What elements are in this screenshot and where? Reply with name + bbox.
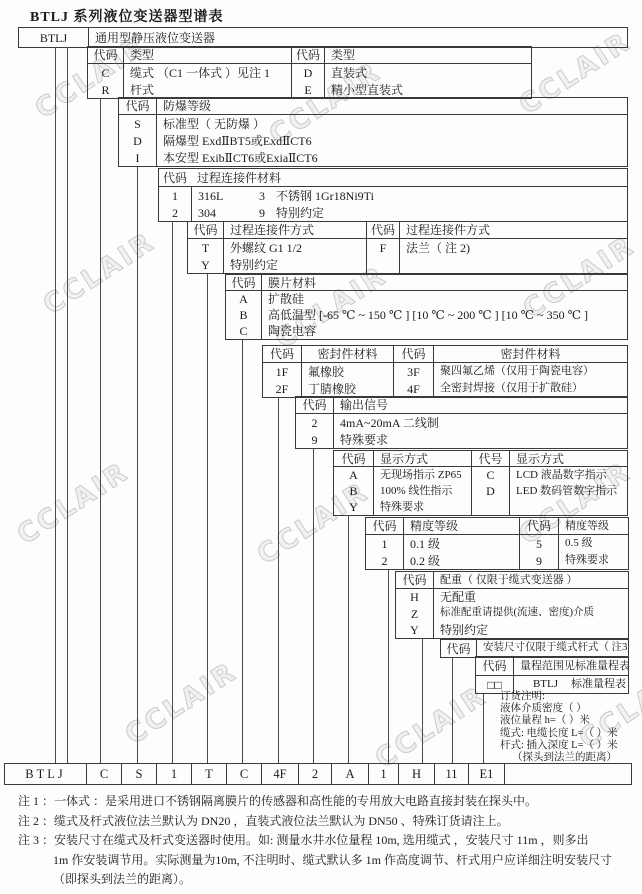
table-range: 代码量程范围见标准量程表□□BTLJ标准量程表 — [475, 656, 629, 694]
desc-cell: 配重（ 仅限于缆式变送器 ） — [433, 572, 628, 588]
code-cell: 2 — [366, 552, 403, 569]
table-row: Z标准配重请提供(流速、密度)介质 — [396, 605, 628, 622]
table-connection-type: 代码过程连接件方式代码过程连接件方式T外螺纹 G1 1/2F法兰（ 注 2)Y特… — [187, 221, 628, 274]
desc-cell: 0.5 级 — [558, 535, 628, 552]
code-cell: 代码 — [188, 222, 223, 238]
model-code-cell: 4F — [261, 764, 298, 784]
code-cell: Y — [334, 499, 373, 515]
code-cell: 代码 — [119, 98, 156, 114]
table-row: 23049特别约定 — [159, 204, 627, 221]
footnote-line: 注 3 ：安装尺寸在缆式及杆式变送器时使用。如: 测量水井水位量程 10m, 选… — [18, 831, 589, 848]
ordering-note-line: （探头到法兰的距离） — [512, 752, 618, 764]
desc-cell: 丁腈橡胶 — [301, 380, 393, 397]
model-code-cell: C — [226, 764, 261, 784]
desc-cell — [471, 499, 509, 515]
watermark-text: CCLAIR — [12, 456, 135, 551]
connector-line — [422, 638, 423, 763]
table-row: 10.1 级50.5 级 — [366, 535, 628, 552]
model-code-cell: T — [191, 764, 226, 784]
desc-cell: 类型 — [123, 47, 291, 63]
code-cell: A — [226, 291, 261, 307]
desc-cell: 外螺纹 G1 1/2 — [223, 239, 366, 256]
ordering-note-line: 液位量程 h=（ ）米 — [500, 715, 618, 727]
cell-text: 特别约定 — [276, 207, 324, 219]
series-code: BTLJ — [19, 28, 88, 47]
table-row: 代码安装尺寸仅限于缆式杆式（ 注3) — [441, 640, 628, 657]
code-cell: 9 — [296, 431, 333, 448]
ordering-note-line: 缆式: 电缆长度 L=（ ）米 — [500, 728, 618, 740]
desc-cell: 高低温型 [-65 ℃ ~ 150 ℃ ] [10 ℃ ~ 200 ℃ ] [1… — [261, 307, 627, 323]
table-row: 代码配重（ 仅限于缆式变送器 ） — [396, 572, 628, 589]
desc-cell: 膜片材料 — [261, 275, 627, 290]
table-display: 代码显示方式代号显示方式A无现场指示 ZP65CLCD 液晶数字指示B100% … — [333, 450, 628, 516]
desc-cell: 精度等级 — [403, 518, 519, 534]
connector-line — [483, 694, 484, 763]
desc-cell: 量程范围见标准量程表 — [513, 657, 628, 675]
table-row: 代码过程连接件材料 — [159, 169, 627, 187]
desc-cell: 陶瓷电容 — [261, 323, 627, 339]
desc-cell: 0.2 级 — [403, 552, 519, 569]
table-diaphragm: 代码膜片材料A扩散硅B高低温型 [-65 ℃ ~ 150 ℃ ] [10 ℃ ~… — [225, 274, 628, 340]
connector-line — [137, 166, 138, 763]
desc-cell: 4mA~20mA 二线制 — [333, 414, 627, 431]
table-row: 代码输出信号 — [296, 397, 627, 414]
model-code-row: BTLJCS1TC4F2A1H11E1 — [4, 763, 632, 785]
table-row: B高低温型 [-65 ℃ ~ 150 ℃ ] [10 ℃ ~ 200 ℃ ] [… — [226, 307, 627, 323]
code-cell: 代码 — [366, 518, 403, 534]
desc-cell: LED 数码管数字指示 — [509, 483, 627, 499]
desc-cell: LCD 液晶数字指示 — [509, 467, 627, 483]
code-cell: 代码 — [441, 640, 476, 657]
model-code-cell: H — [398, 764, 434, 784]
desc-cell: 全密封焊接（仅用于扩散硅） — [433, 380, 627, 397]
table-row: I本安型 ExibⅡCT6或ExiaⅡCT6 — [119, 149, 627, 166]
code-cell: 2F — [263, 380, 301, 397]
table-row: Y特别约定 — [188, 256, 627, 273]
code-cell: 代码 — [366, 222, 399, 238]
cell-text: 304 — [198, 207, 248, 219]
footnote-line: 注 1 ：一体式 ：是采用进口不锈钢隔离膜片的传感器和高性能的专用放大电路直接封… — [18, 792, 537, 809]
table-row: H无配重 — [396, 589, 628, 605]
desc-cell: 扩散硅 — [261, 291, 627, 307]
ordering-note-line: 液体介质密度（ ） — [500, 703, 618, 715]
desc-cell: 过程连接件材料 — [191, 169, 627, 186]
code-cell: B — [226, 307, 261, 323]
desc-cell: 特殊要求 — [333, 431, 627, 448]
table-row: D隔爆型 ExdⅡBT5或ExdⅡCT6 — [119, 132, 627, 149]
desc-cell: 无配重 — [433, 589, 628, 605]
code-cell: 2 — [159, 204, 191, 221]
document-canvas: BTLJ 系列液位变送器型谱表 CCLAIRCCLAIRCCLAIRCCLAIR… — [0, 0, 642, 894]
cell-text: 9 — [248, 207, 276, 219]
model-code-cell: 11 — [434, 764, 468, 784]
connector-line — [452, 657, 453, 763]
code-cell: 代号 — [471, 451, 509, 466]
model-code-cell: S — [121, 764, 156, 784]
table-row: 1316L3不锈钢 1Gr18Ni9Ti — [159, 187, 627, 204]
table-row: 代码防爆等级 — [119, 98, 627, 115]
desc-cell: 精度等级 — [558, 518, 628, 534]
code-cell: 代码 — [334, 451, 373, 466]
code-cell: D — [119, 132, 156, 149]
code-cell: F — [366, 239, 399, 256]
table-row: 代码精度等级代码精度等级 — [366, 518, 628, 535]
table-row: BTLJCS1TC4F2A1H11E1 — [5, 764, 631, 784]
desc-cell: 特别约定 — [223, 256, 366, 273]
table-row: 9特殊要求 — [296, 431, 627, 448]
code-cell: C — [471, 467, 509, 483]
page-title: BTLJ 系列液位变送器型谱表 — [30, 6, 224, 26]
table-row: 代码膜片材料 — [226, 275, 627, 291]
table-row: S标准型（ 无防爆 ） — [119, 115, 627, 132]
model-code-cell: 1 — [156, 764, 191, 784]
desc-cell — [399, 256, 627, 273]
table-row: R杆式E精小型直装式 — [88, 81, 531, 98]
code-cell: 3F — [393, 363, 433, 380]
model-code-cell: C — [86, 764, 121, 784]
table-row: Y特殊要求 — [334, 499, 627, 515]
table-row: Y特别约定 — [396, 622, 628, 638]
code-cell: 代码 — [291, 47, 324, 63]
code-cell: 代码 — [519, 518, 558, 534]
code-cell: C — [226, 323, 261, 339]
desc-cell: 过程连接件方式 — [223, 222, 366, 238]
desc-cell: 特殊要求 — [373, 499, 471, 515]
code-cell: C — [88, 64, 123, 81]
code-cell: I — [119, 149, 156, 166]
desc-cell: 0.1 级 — [403, 535, 519, 552]
cell-text: 标准量程表 — [571, 679, 626, 690]
desc-cell: 聚四氟乙烯（仅用于陶瓷电容） — [433, 363, 627, 380]
desc-cell: 特别约定 — [433, 622, 628, 638]
code-cell: Y — [188, 256, 223, 273]
desc-cell: 法兰（ 注 2) — [399, 239, 627, 256]
table-row: 代码显示方式代号显示方式 — [334, 451, 627, 467]
desc-cell — [509, 499, 627, 515]
code-cell: R — [88, 81, 123, 98]
desc-cell — [366, 256, 399, 273]
table-row: 2F丁腈橡胶4F全密封焊接（仅用于扩散硅） — [263, 380, 627, 397]
desc-cell: 316L3不锈钢 1Gr18Ni9Ti — [191, 187, 627, 204]
code-cell: Y — [396, 622, 433, 638]
table-seal: 代码密封件材料代码密封件材料1F氟橡胶3F聚四氟乙烯（仅用于陶瓷电容）2F丁腈橡… — [262, 345, 628, 398]
model-code-cell — [504, 764, 631, 784]
code-cell: 代码 — [226, 275, 261, 290]
model-code-cell: BTLJ — [5, 764, 86, 784]
desc-cell: 3049特别约定 — [191, 204, 627, 221]
desc-cell: 缆式 （C1 一体式 ）见注 1 — [123, 64, 291, 81]
desc-cell: 无现场指示 ZP65 — [373, 467, 471, 483]
code-cell: T — [188, 239, 223, 256]
table-row: 代码密封件材料代码密封件材料 — [263, 346, 627, 363]
desc-cell: 氟橡胶 — [301, 363, 393, 380]
desc-cell: 直装式 — [324, 64, 531, 81]
connector-line — [207, 273, 208, 763]
table-row: C陶瓷电容 — [226, 323, 627, 339]
connector-line — [278, 397, 279, 763]
desc-cell: 隔爆型 ExdⅡBT5或ExdⅡCT6 — [156, 132, 627, 149]
desc-cell: 显示方式 — [373, 451, 471, 466]
code-cell: Z — [396, 605, 433, 622]
table-row: 1F氟橡胶3F聚四氟乙烯（仅用于陶瓷电容） — [263, 363, 627, 380]
desc-cell: 标准型（ 无防爆 ） — [156, 115, 627, 132]
connector-line — [388, 569, 389, 763]
code-cell: 代码 — [476, 657, 513, 675]
table-row: A无现场指示 ZP65CLCD 液晶数字指示 — [334, 467, 627, 483]
desc-cell: 安装尺寸仅限于缆式杆式（ 注3) — [476, 640, 628, 657]
cell-text: 不锈钢 1Gr18Ni9Ti — [276, 190, 374, 202]
ordering-notes: 订货注明:液体介质密度（ ）液位量程 h=（ ）米缆式: 电缆长度 L=（ ）米… — [500, 691, 618, 764]
code-cell: 1 — [366, 535, 403, 552]
cell-text: 316L — [198, 190, 248, 202]
connector-line — [55, 47, 56, 763]
code-cell: D — [471, 483, 509, 499]
cell-text: BTLJ — [520, 679, 571, 690]
model-code-cell: A — [331, 764, 368, 784]
code-cell: 代码 — [393, 346, 433, 362]
table-explosion-proof: 代码防爆等级S标准型（ 无防爆 ）D隔爆型 ExdⅡBT5或ExdⅡCT6I本安… — [118, 97, 628, 167]
desc-cell: 本安型 ExibⅡCT6或ExiaⅡCT6 — [156, 149, 627, 166]
code-cell: A — [334, 467, 373, 483]
table-counterweight: 代码配重（ 仅限于缆式变送器 ）H无配重Z标准配重请提供(流速、密度)介质Y特别… — [395, 571, 629, 639]
desc-cell: 100% 线性指示 — [373, 483, 471, 499]
table-row: 20.2 级9特殊要求 — [366, 552, 628, 569]
code-cell: H — [396, 589, 433, 605]
table-row: 代码过程连接件方式代码过程连接件方式 — [188, 222, 627, 239]
model-code-cell: 2 — [298, 764, 331, 784]
code-cell: 1F — [263, 363, 301, 380]
cell-text: 3 — [248, 190, 276, 202]
table-row: BTLJ通用型静压液位变送器 — [19, 28, 627, 47]
watermark-text: CCLAIR — [120, 656, 243, 751]
table-row: T外螺纹 G1 1/2F法兰（ 注 2) — [188, 239, 627, 256]
table-row: 代码类型代码类型 — [88, 47, 531, 64]
code-cell: 9 — [519, 552, 558, 569]
ordering-note-line: 杆式: 插入深度 L=（ ）米 — [500, 740, 618, 752]
model-code-cell: 1 — [368, 764, 398, 784]
table-series-header: BTLJ通用型静压液位变送器 — [18, 27, 628, 48]
connector-line — [313, 448, 314, 763]
code-cell: B — [334, 483, 373, 499]
desc-cell: 标准配重请提供(流速、密度)介质 — [433, 605, 628, 622]
code-cell: 1 — [159, 187, 191, 204]
table-type: 代码类型代码类型C缆式 （C1 一体式 ）见注 1D直装式R杆式E精小型直装式 — [87, 46, 532, 99]
connector-line — [100, 98, 101, 763]
table-row: A扩散硅 — [226, 291, 627, 307]
series-desc: 通用型静压液位变送器 — [88, 28, 627, 47]
code-cell: S — [119, 115, 156, 132]
connector-line — [242, 339, 243, 763]
table-row: 24mA~20mA 二线制 — [296, 414, 627, 431]
table-output-signal: 代码输出信号24mA~20mA 二线制9特殊要求 — [295, 396, 628, 449]
code-cell: 代码 — [296, 397, 333, 413]
table-row: C缆式 （C1 一体式 ）见注 1D直装式 — [88, 64, 531, 81]
code-cell: E — [291, 81, 324, 98]
code-cell: 代码 — [396, 572, 433, 588]
table-connector-material: 代码过程连接件材料1316L3不锈钢 1Gr18Ni9Ti23049特别约定 — [158, 168, 628, 222]
table-row: B100% 线性指示DLED 数码管数字指示 — [334, 483, 627, 499]
footnote-line: 注 2 ：缆式及杆式液位法兰默认为 DN20 ，直装式液位法兰默认为 DN50 … — [18, 812, 509, 829]
desc-cell: 过程连接件方式 — [399, 222, 627, 238]
code-cell: 密封件材料 — [433, 346, 627, 362]
table-row: 代码量程范围见标准量程表 — [476, 657, 628, 675]
desc-cell: 杆式 — [123, 81, 291, 98]
code-cell: 密封件材料 — [301, 346, 393, 362]
ordering-note-line: 订货注明: — [500, 691, 618, 703]
desc-cell: 精小型直装式 — [324, 81, 531, 98]
desc-cell: 类型 — [324, 47, 531, 63]
connector-line — [172, 221, 173, 763]
desc-cell: 显示方式 — [509, 451, 627, 466]
table-accuracy: 代码精度等级代码精度等级10.1 级50.5 级20.2 级9特殊要求 — [365, 517, 629, 570]
code-cell: 5 — [519, 535, 558, 552]
code-cell: 代码 — [263, 346, 301, 362]
desc-cell: 输出信号 — [333, 397, 627, 413]
footnote-line: 1m 作安装调节用。实际测量为10m, 不注明时、缆式默认多 1m 作高度调节、… — [53, 851, 612, 868]
footnote-line: （即探头到法兰的距离）。 — [53, 870, 191, 887]
code-cell: 2 — [296, 414, 333, 431]
code-cell: 代码 — [159, 169, 191, 186]
desc-cell: 特殊要求 — [558, 552, 628, 569]
model-code-cell: E1 — [468, 764, 504, 784]
code-cell: 代码 — [88, 47, 123, 63]
connector-line — [348, 515, 349, 763]
desc-cell: 防爆等级 — [156, 98, 627, 114]
code-cell: D — [291, 64, 324, 81]
code-cell: 4F — [393, 380, 433, 397]
connector-line — [67, 47, 68, 763]
